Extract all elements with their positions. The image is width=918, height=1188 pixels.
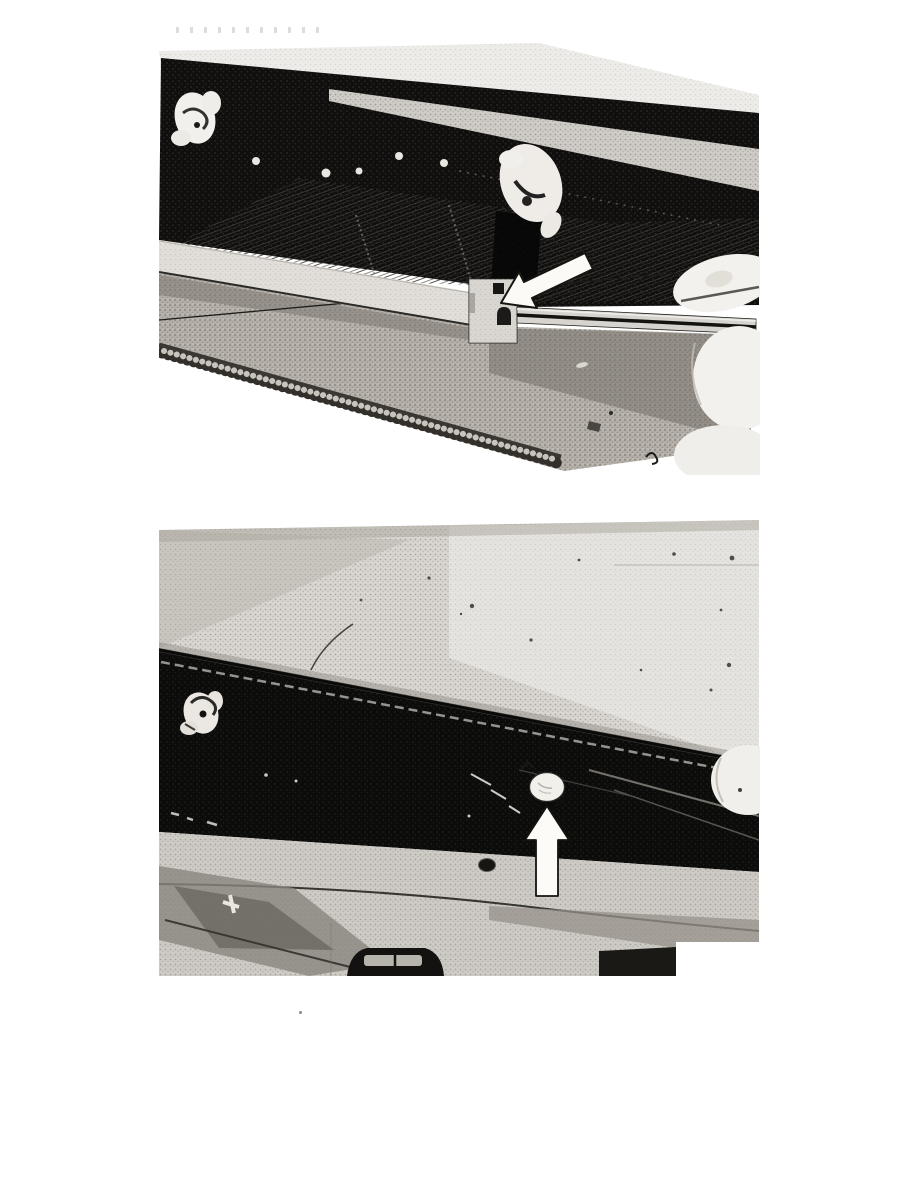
scan-artifact-row: [176, 27, 326, 33]
scan-speck: [299, 1011, 302, 1014]
bottom-photo-svg: [159, 518, 760, 980]
top-photo: [159, 43, 760, 475]
scanned-page: [0, 0, 918, 1188]
bottom-photo: [159, 518, 760, 980]
top-photo-svg: [159, 43, 760, 475]
panel-hole: [479, 859, 496, 872]
rubber-bumper: [347, 948, 444, 976]
step-shadow: [599, 947, 676, 976]
deck-speck: [609, 411, 613, 415]
